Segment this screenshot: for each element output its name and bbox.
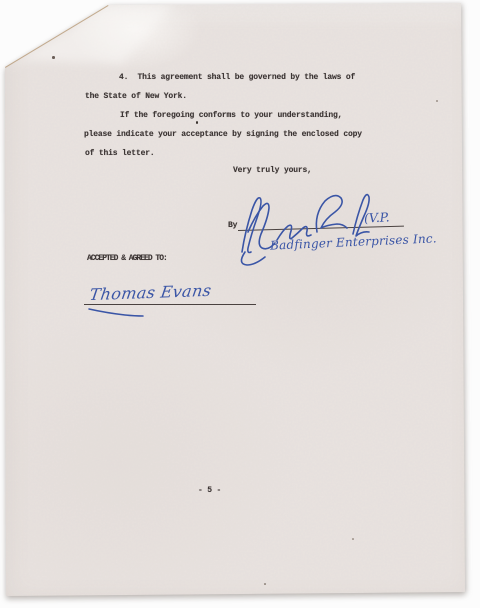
corner-highlight (5, 5, 172, 67)
scanned-letter-page: 4. This agreement shall be governed by t… (0, 0, 480, 608)
by-signer-title: (V.P. (364, 209, 390, 225)
paper-sheet: 4. This agreement shall be governed by t… (0, 0, 480, 608)
dust-speck (264, 583, 266, 585)
acceptance-label: ACCEPTED & AGREED TO: (87, 254, 167, 263)
scrawl-stroke (316, 196, 347, 232)
page-number: - 5 - (198, 486, 221, 495)
by-signature-scrawl (205, 188, 435, 268)
dust-speck (352, 538, 354, 540)
stray-type-mark (196, 121, 198, 124)
valediction: Very truly yours, (233, 166, 312, 175)
edge-speck (52, 56, 55, 59)
scrawl-stroke (241, 252, 265, 265)
flourish-stroke (89, 309, 143, 316)
request-line-1: If the foregoing conforms to your unders… (120, 111, 342, 120)
request-line-2: please indicate your acceptance by signi… (84, 130, 362, 139)
clause-line-1: 4. This agreement shall be governed by t… (119, 73, 355, 82)
dust-speck (436, 100, 438, 102)
clause-line-2: the State of New York. (85, 92, 187, 101)
request-line-3: of this letter. (85, 149, 154, 158)
acceptance-signature-flourish (85, 280, 260, 320)
